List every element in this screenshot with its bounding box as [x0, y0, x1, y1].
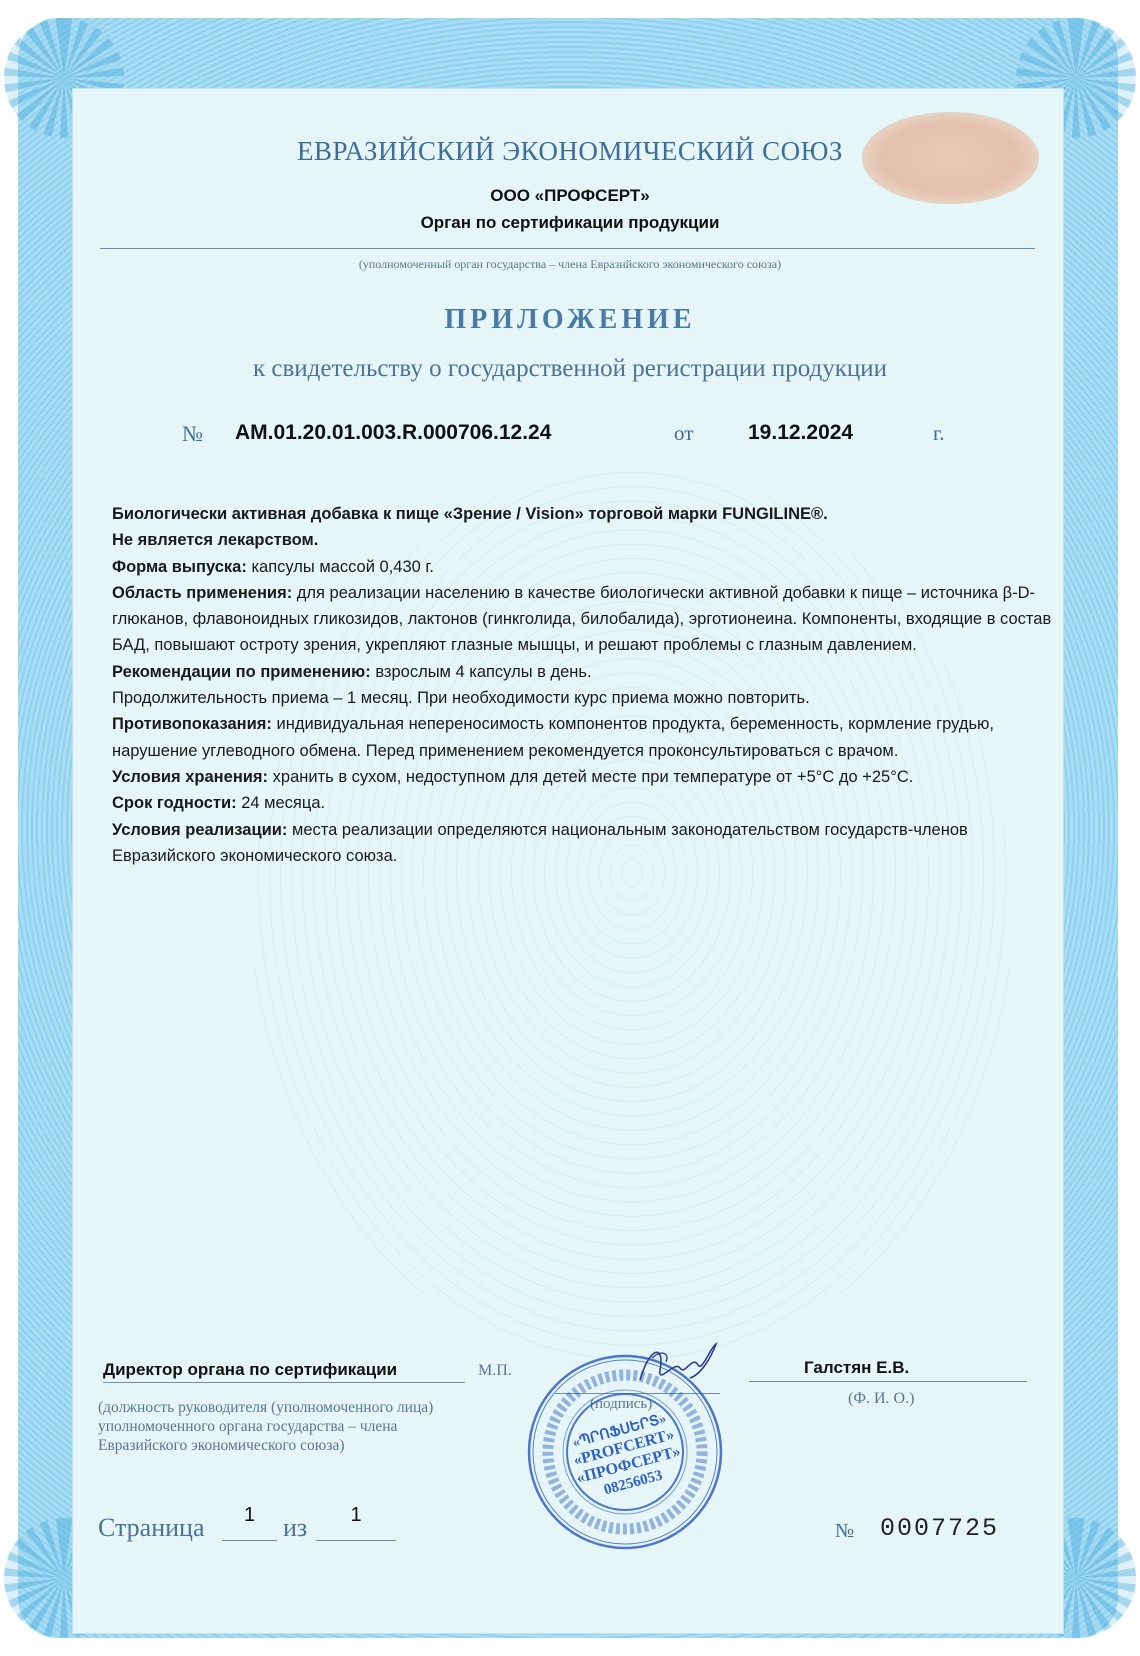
document-title: ПРИЛОЖЕНИЕ: [0, 304, 1140, 336]
section-duration: Продолжительность приема – 1 месяц. При …: [112, 685, 1057, 711]
serial-number: 0007725: [880, 1514, 999, 1543]
document-subtitle: к свидетельству о государственной регист…: [0, 355, 1140, 383]
registration-date: 19.12.2024: [748, 421, 853, 451]
serial-number-sign: №: [835, 1520, 854, 1543]
page-of-label: из: [283, 1513, 307, 1543]
section-storage: Условия хранения: хранить в сухом, недос…: [112, 764, 1057, 790]
signer-role: Директор органа по сертификации: [103, 1360, 465, 1383]
product-name: Биологически активная добавка к пище «Зр…: [112, 505, 828, 523]
section-shelf-life: Срок годности: 24 месяца.: [112, 790, 1057, 816]
section-release-form: Форма выпуска: капсулы массой 0,430 г.: [112, 554, 1057, 580]
stamp-place-label: М.П.: [478, 1362, 512, 1380]
authority-note: (уполномоченный орган государства – член…: [0, 257, 1140, 272]
registration-number: AM.01.20.01.003.R.000706.12.24: [235, 421, 551, 451]
organization-name: ООО «ПРОФСЕРТ»: [0, 186, 1140, 206]
year-suffix: г.: [933, 421, 945, 451]
product-description: Биологически активная добавка к пище «Зр…: [112, 501, 1057, 869]
not-medicine-notice: Не является лекарством.: [112, 531, 318, 549]
page-label: Страница: [98, 1513, 205, 1543]
signer-name: Галстян Е.В.: [749, 1358, 1027, 1382]
header-divider: [100, 248, 1035, 249]
section-recommendations: Рекомендации по применению: взрослым 4 к…: [112, 659, 1057, 685]
name-caption: (Ф. И. О.): [848, 1390, 914, 1408]
certification-body: Орган по сертификации продукции: [0, 213, 1140, 233]
from-label: от: [674, 421, 693, 451]
section-sale-conditions: Условия реализации: места реализации опр…: [112, 817, 1057, 870]
section-contraindications: Противопоказания: индивидуальная неперен…: [112, 711, 1057, 764]
section-application: Область применения: для реализации насел…: [112, 580, 1057, 659]
handwritten-signature-icon: [630, 1340, 720, 1390]
page-current: 1: [222, 1500, 277, 1541]
page-total: 1: [316, 1500, 396, 1541]
role-caption: (должность руководителя (уполномоченного…: [98, 1398, 478, 1455]
number-sign: №: [182, 421, 203, 451]
